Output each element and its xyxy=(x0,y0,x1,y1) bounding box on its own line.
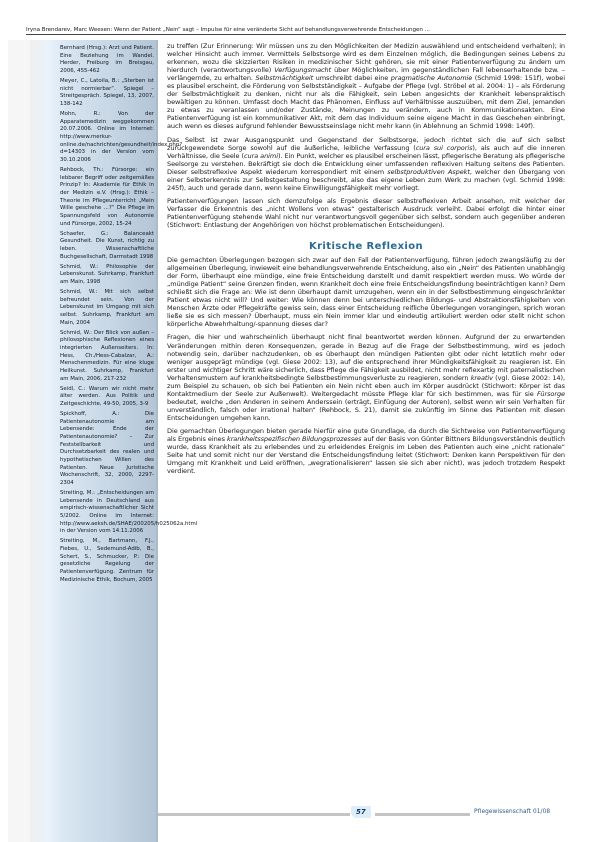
running-header: Iryna Brendarev, Marc Weesen: Wenn der P… xyxy=(26,26,566,35)
paragraph: Das Selbst ist zwar Ausgangspunkt und Ge… xyxy=(167,136,565,192)
reference-item: Schaefer, G.: Balanceakt Gesundheit. Die… xyxy=(60,231,154,262)
reference-item: Rehbock, Th.: Fürsorge: ein lebbarer Beg… xyxy=(60,167,154,228)
reference-item: Spickhoff, A.: Die Patientenautonomie am… xyxy=(60,411,154,488)
reference-item: Schmid, W.: Mit sich selbst befreundet s… xyxy=(60,289,154,327)
reference-item: Schmid, W.: Der Blick von außen – philos… xyxy=(60,330,154,384)
reference-item: Streiting, M.: „Entscheidungen am Lebens… xyxy=(60,490,154,536)
reference-item: Seidl, C.: Warum wir nicht mehr älter we… xyxy=(60,386,154,409)
paragraph: Die gemachten Überlegungen bieten gerade… xyxy=(167,427,565,475)
reference-item: Meyer, C., Latoila, B.: „Sterben ist nic… xyxy=(60,78,154,109)
reference-item: Schmid, W.: Philosophie der Lebenskunst.… xyxy=(60,264,154,287)
footer-rule xyxy=(375,813,470,816)
section-heading: Kritische Reflexion xyxy=(167,241,565,253)
reference-item: Bernhard (Hrsg.): Arzt und Patient. Eine… xyxy=(60,45,154,76)
paragraph: zu treffen (Zur Erinnerung: Wir müssen u… xyxy=(167,42,565,131)
references-list: Bernhard (Hrsg.): Arzt und Patient. Eine… xyxy=(60,45,154,587)
footer-rule xyxy=(158,813,350,816)
main-text-column: zu treffen (Zur Erinnerung: Wir müssen u… xyxy=(167,42,565,480)
paragraph: Fragen, die hier und wahrscheinlich über… xyxy=(167,333,565,422)
page-number: 57 xyxy=(356,808,366,816)
sidebar-divider xyxy=(156,40,158,842)
reference-item: Streiting, M., Bartmann, F.J., Fiebes, U… xyxy=(60,538,154,584)
journal-name: Pflegewissenschaft 01/08 xyxy=(474,809,550,815)
paragraph: Patientenverfügungen lassen sich demzufo… xyxy=(167,197,565,229)
paragraph: Die gemachten Überlegungen bezogen sich … xyxy=(167,256,565,328)
reference-item: Mohn, R.: Von der Apparatemedizin weggek… xyxy=(60,111,154,165)
